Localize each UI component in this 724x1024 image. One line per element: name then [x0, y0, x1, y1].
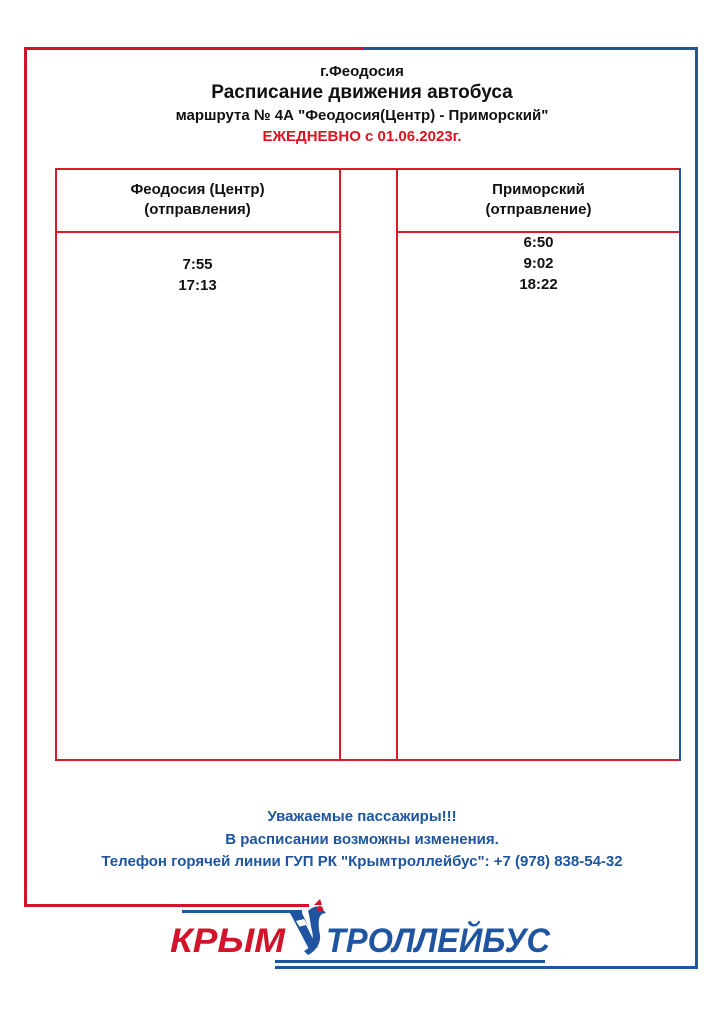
schedule-title: Расписание движения автобуса [0, 82, 724, 104]
departure-time: 9:02 [397, 253, 680, 274]
validity-notice: ЕЖЕДНЕВНО с 01.06.2023г. [0, 128, 724, 145]
column-header-primorsky: Приморский (отправление) [397, 180, 680, 220]
frame-left [24, 47, 27, 907]
frame-bottom-blue [540, 966, 698, 969]
krymtrolleybus-logo: КРЫМ ТРОЛЛЕЙБУС [160, 895, 560, 975]
city-name: г.Феодосия [0, 63, 724, 80]
column-header-feodosia: Феодосия (Центр) (отправления) [56, 180, 339, 220]
departure-time: 6:50 [397, 232, 680, 253]
route-name: маршрута № 4А "Феодосия(Центр) - Приморс… [0, 107, 724, 124]
notice-greeting: Уважаемые пассажиры!!! [0, 808, 724, 825]
svg-text:ТРОЛЛЕЙБУС: ТРОЛЛЕЙБУС [326, 921, 550, 960]
departure-times-primorsky: 6:509:0218:22 [397, 232, 680, 295]
table-bottom-border [55, 759, 680, 761]
table-top-border [55, 168, 680, 170]
emblem-icon [290, 899, 326, 955]
notice-changes: В расписании возможны изменения. [0, 831, 724, 848]
logo-graphic: КРЫМ ТРОЛЛЕЙБУС [160, 895, 560, 975]
svg-text:КРЫМ: КРЫМ [170, 922, 286, 960]
column-header-title: Феодосия (Центр) [56, 180, 339, 200]
column-header-subtitle: (отправления) [56, 200, 339, 220]
column-header-title: Приморский [397, 180, 680, 200]
departure-time: 17:13 [56, 275, 339, 296]
column-header-subtitle: (отправление) [397, 200, 680, 220]
table-mid-border-1 [339, 168, 341, 761]
header-divider-left [55, 231, 340, 233]
notice-hotline: Телефон горячей линии ГУП РК "Крымтролле… [0, 853, 724, 870]
departure-time: 18:22 [397, 274, 680, 295]
frame-top-blue [363, 47, 698, 50]
departure-time: 7:55 [56, 254, 339, 275]
frame-top-red [24, 47, 363, 50]
departure-times-feodosia: 7:5517:13 [56, 254, 339, 296]
